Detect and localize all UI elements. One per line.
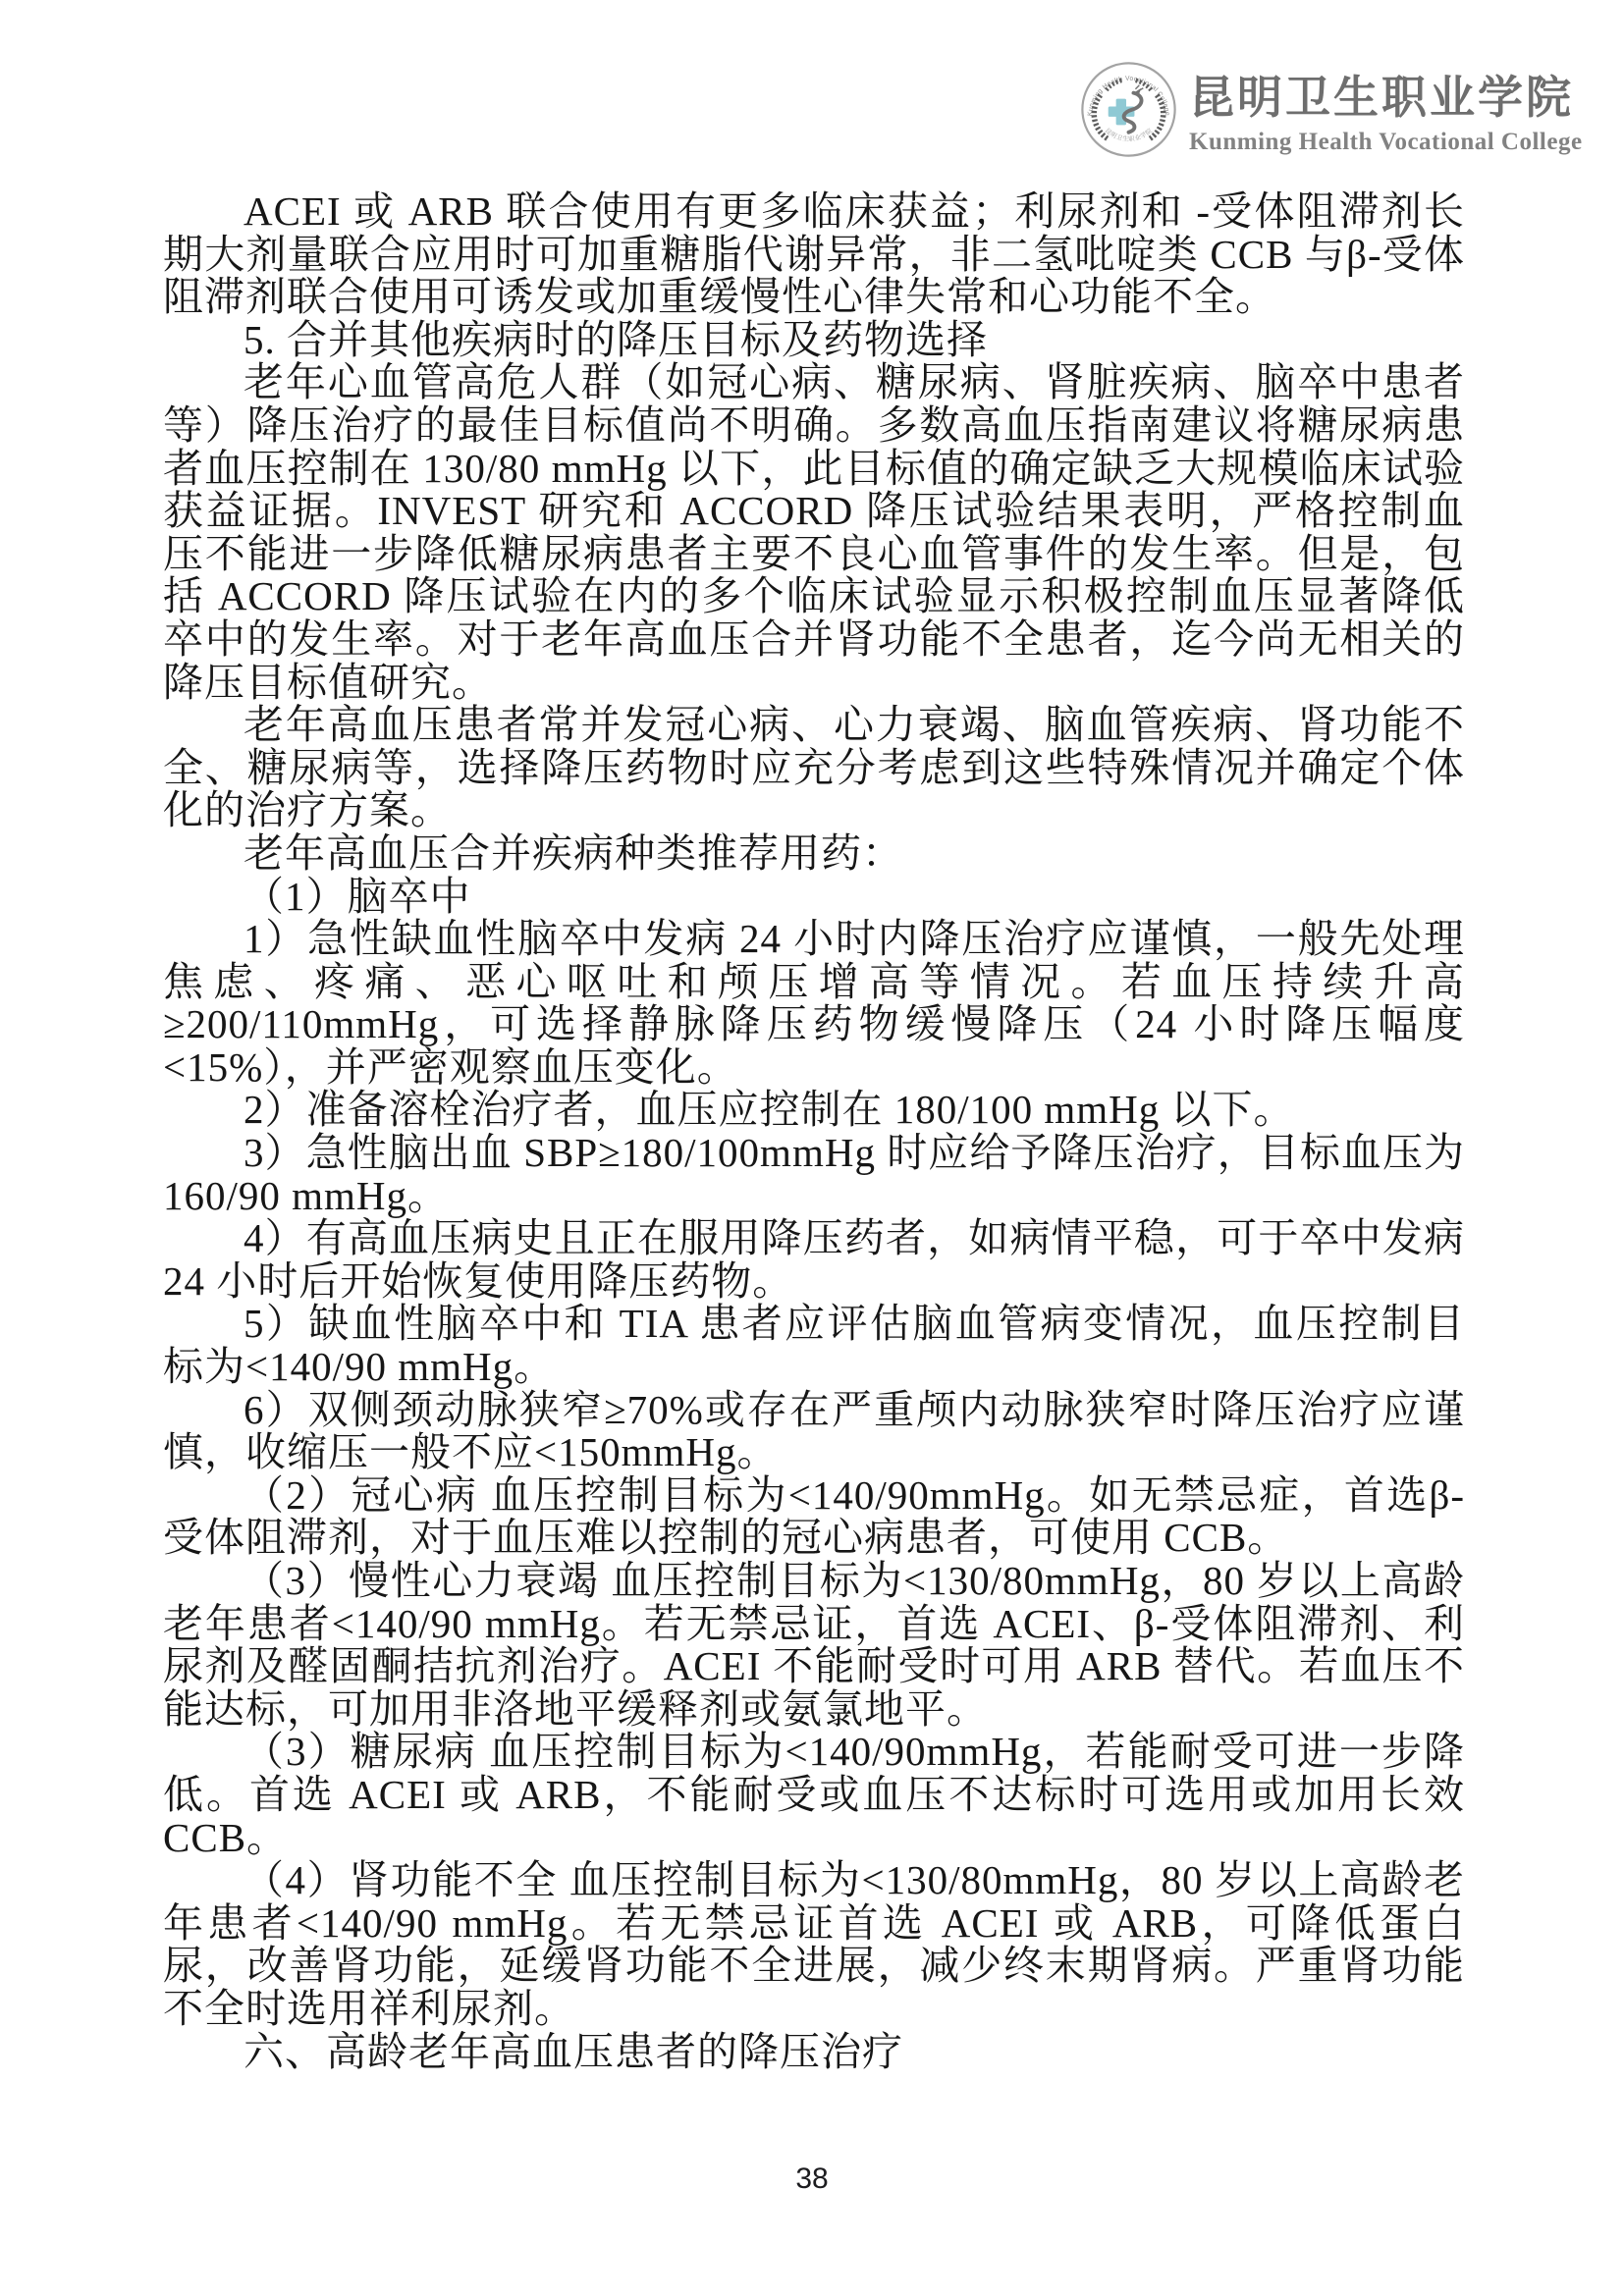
list-item: （2）冠心病 血压控制目标为<140/90mmHg。如无禁忌症，首选β-受体阻滞… xyxy=(163,1474,1465,1560)
list-item: 4）有高血压病史且正在服用降压药者，如病情平稳，可于卒中发病 24 小时后开始恢… xyxy=(163,1217,1465,1303)
list-item: 3）急性脑出血 SBP≥180/100mmHg 时应给予降压治疗，目标血压为 1… xyxy=(163,1132,1465,1217)
list-item: （3）糖尿病 血压控制目标为<140/90mmHg，若能耐受可进一步降低。首选 … xyxy=(163,1731,1465,1859)
college-name-en: Kunming Health Vocational College xyxy=(1189,129,1583,156)
paragraph: ACEI 或 ARB 联合使用有更多临床获益；利尿剂和 -受体阻滞剂长期大剂量联… xyxy=(163,190,1465,319)
list-item: 6）双侧颈动脉狭窄≥70%或存在严重颅内动脉狭窄时降压治疗应谨慎，收缩压一般不应… xyxy=(163,1389,1465,1474)
list-item: （4）肾功能不全 血压控制目标为<130/80mmHg，80 岁以上高龄老年患者… xyxy=(163,1859,1465,2030)
college-name-block: 昆明卫生职业学院 Kunming Health Vocational Colle… xyxy=(1189,61,1583,156)
list-item: 2）准备溶栓治疗者，血压应控制在 180/100 mmHg 以下。 xyxy=(163,1089,1465,1132)
paragraph: 老年心血管高危人群（如冠心病、糖尿病、肾脏疾病、脑卒中患者等）降压治疗的最佳目标… xyxy=(163,361,1465,704)
section-heading: 六、高龄老年高血压患者的降压治疗 xyxy=(163,2031,1465,2074)
paragraph: 老年高血压患者常并发冠心病、心力衰竭、脑血管疾病、肾功能不全、糖尿病等，选择降压… xyxy=(163,704,1465,832)
header-logo: Kunming Health Vocational College 昆明卫生职业… xyxy=(1080,61,1583,158)
college-emblem-icon: Kunming Health Vocational College 昆明卫生职业… xyxy=(1080,61,1177,158)
document-page: { "header": { "emblem": { "ring_text_top… xyxy=(0,0,1624,2296)
list-item: （3）慢性心力衰竭 血压控制目标为<130/80mmHg，80 岁以上高龄老年患… xyxy=(163,1560,1465,1731)
college-name-zh: 昆明卫生职业学院 xyxy=(1189,71,1583,126)
list-item: 1）急性缺血性脑卒中发病 24 小时内降压治疗应谨慎，一般先处理焦虑、疼痛、恶心… xyxy=(163,918,1465,1089)
list-item-heading: （1）脑卒中 xyxy=(163,876,1465,919)
paragraph: 老年高血压合并疾病种类推荐用药： xyxy=(163,832,1465,876)
list-item: 5）缺血性脑卒中和 TIA 患者应评估脑血管病变情况，血压控制目标为<140/9… xyxy=(163,1303,1465,1388)
page-number: 38 xyxy=(0,2163,1624,2196)
document-body: ACEI 或 ARB 联合使用有更多临床获益；利尿剂和 -受体阻滞剂长期大剂量联… xyxy=(163,190,1465,2073)
section-heading: 5. 合并其他疾病时的降压目标及药物选择 xyxy=(163,319,1465,362)
